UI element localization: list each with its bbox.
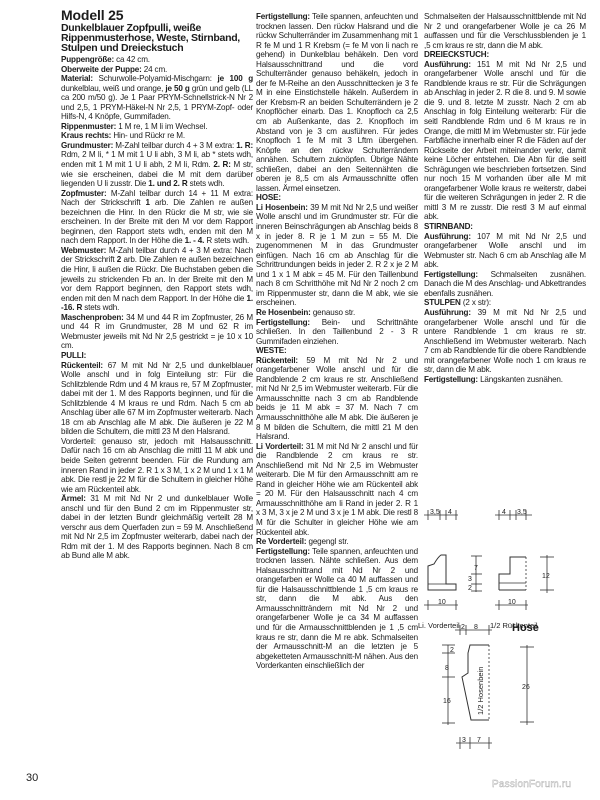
hose-title: Hose xyxy=(512,622,539,634)
label-hosenbein: 1/2 Hosenbein xyxy=(476,667,485,715)
dim-hose-right: 26 xyxy=(522,684,530,691)
instruction-paragraph: Ausführung: 151 M mit Nd Nr 2,5 und oran… xyxy=(424,60,586,222)
instruction-paragraph: Zopfmuster: M-Zahl teilbar durch 14 + 11… xyxy=(61,189,253,246)
dim-vorderteil-top-2: 4 xyxy=(448,509,452,516)
model-subtitle: Dunkelblauer Zopfpulli, weiße Rippenmust… xyxy=(61,23,253,53)
instruction-paragraph: Fertigstellung: Längskanten zusnähen. xyxy=(424,375,586,385)
instruction-paragraph: Puppengröße: ca 42 cm. xyxy=(61,55,253,65)
section-heading: PULLI: xyxy=(61,351,253,361)
instruction-paragraph: Vorderteil: genauso str, jedoch mit Hals… xyxy=(61,437,253,494)
dim-hose-top-2: 8 xyxy=(474,624,478,631)
instruction-paragraph: Rückenteil: 67 M mit Nd Nr 2,5 und dunke… xyxy=(61,361,253,437)
instruction-paragraph: Fertigstellung: Bein- und Schrittnähte s… xyxy=(256,318,418,347)
dim-side-7: 7 xyxy=(474,565,478,572)
dim-side-2: 2 xyxy=(468,585,472,592)
dim-hose-left-3: 16 xyxy=(443,698,451,705)
instruction-paragraph: Fertigstellung: Teile spannen, anfeuchte… xyxy=(256,12,418,193)
dim-rueckenteil-bottom: 10 xyxy=(508,599,516,606)
instruction-paragraph: Fertigstellung: Teile spannen, anfeuchte… xyxy=(256,547,418,671)
instruction-paragraph: Re Vorderteil: gegengl str. xyxy=(256,537,418,547)
instruction-paragraph: Material: Schurwolle-Polyamid-Mischgarn:… xyxy=(61,74,253,122)
text-column-2: Fertigstellung: Teile spannen, anfeuchte… xyxy=(256,12,418,671)
dim-hose-bottom-2: 7 xyxy=(477,737,481,744)
text-column-1: Modell 25 Dunkelblauer Zopfpulli, weiße … xyxy=(61,8,253,561)
section-heading: DREIECKSTUCH: xyxy=(424,50,586,60)
instruction-paragraph: Rückenteil: 59 M mit Nd Nr 2 und orangef… xyxy=(256,356,418,442)
instruction-paragraph: Kraus rechts: Hin- und Rückr re M. xyxy=(61,131,253,141)
vest-schematic-diagram: 3,5 4 10 7 3 2 4 3,5 10 xyxy=(420,500,595,615)
model-title: Modell 25 xyxy=(61,8,253,22)
dim-vorderteil-top-1: 3,5 xyxy=(430,509,440,516)
section-heading: STIRNBAND: xyxy=(424,222,586,232)
section-heading: WESTE: xyxy=(256,346,418,356)
trousers-schematic-diagram: Hose 2 8 2 8 16 26 3 7 1/2 Hosenbein xyxy=(440,615,590,755)
watermark: PassionForum.ru xyxy=(492,779,571,790)
instruction-paragraph: Li Hosenbein: 39 M mit Nd Nr 2,5 und wei… xyxy=(256,203,418,308)
dim-vorderteil-bottom: 10 xyxy=(438,599,446,606)
dim-side-3: 3 xyxy=(468,576,472,583)
instruction-paragraph: Webmuster: M-Zahl teilbar durch 4 + 3 M … xyxy=(61,246,253,313)
dim-hose-left-1: 2 xyxy=(450,647,454,654)
instruction-paragraph: Maschenproben: 34 M und 44 R im Zopfmust… xyxy=(61,313,253,351)
instruction-paragraph: Grundmuster: M-Zahl teilbar durch 4 + 3 … xyxy=(61,141,253,189)
dim-rueckenteil-top-2: 3,5 xyxy=(517,509,527,516)
instruction-paragraph: Li Vorderteil: 31 M mit Nd Nr 2 anschl u… xyxy=(256,442,418,537)
page-number: 30 xyxy=(26,772,38,784)
instruction-paragraph: Ausführung: 39 M mit Nd Nr 2,5 und orang… xyxy=(424,308,586,375)
instruction-paragraph: Rippenmuster: 1 M re, 1 M li im Wechsel. xyxy=(61,122,253,132)
instruction-paragraph: Ärmel: 31 M mit Nd Nr 2 und dunkelblauer… xyxy=(61,494,253,561)
instruction-paragraph: Re Hosenbein: genauso str. xyxy=(256,308,418,318)
instruction-paragraph: Schmalseiten der Halsausschnittblende mi… xyxy=(424,12,586,50)
instruction-paragraph: Oberweite der Puppe: 24 cm. xyxy=(61,65,253,75)
instruction-paragraph: Ausführung: 107 M mit Nd Nr 2,5 und oran… xyxy=(424,232,586,270)
dim-rueckenteil-top-1: 4 xyxy=(502,509,506,516)
dim-hose-top-1: 2 xyxy=(461,624,465,631)
section-heading: HOSE: xyxy=(256,193,418,203)
instruction-paragraph: Fertigstellung: Schmalseiten zusnähen. D… xyxy=(424,270,586,299)
dim-rueckenteil-side: 12 xyxy=(542,573,550,580)
text-column-3: Schmalseiten der Halsausschnittblende mi… xyxy=(424,12,586,384)
section-heading: STULPEN (2 x str): xyxy=(424,298,586,308)
dim-hose-bottom-1: 3 xyxy=(462,737,466,744)
dim-hose-left-2: 8 xyxy=(445,665,449,672)
